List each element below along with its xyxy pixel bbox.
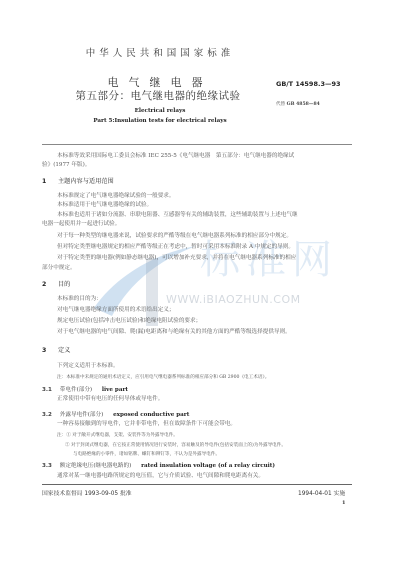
definition-number: 3.1 [42,387,58,393]
replaces-label: 代替 [276,102,285,107]
definition-text: 一种容易接触到的导电件，它并非带电件，但在故障条件下可能会带电。 [57,420,367,429]
replaces-number: GB 4858—84 [287,102,320,107]
definition-term-en: live part [102,387,128,393]
implementation-date: 1994-04-01 实施 [298,488,345,497]
paragraph: 规定电压试验(包括冲击电压试验)和绝缘电阻试验的要求； [57,317,367,326]
document-title-en: Electrical relays [0,108,320,114]
section-number: 3 [42,347,56,354]
section-3-heading: 3 定义 [42,345,70,354]
paragraph: 对于电气继电器的电气间隙、爬(漏)电距离和与绝缘有关的其他方面的严酷等级选择提供… [57,328,367,337]
definition-term-cn: 带电件(部分) [60,387,92,393]
section-number: 1 [42,178,56,185]
definition-3-3-heading: 3.3 额定绝缘电压(继电器电路的) rated insulation volt… [42,461,275,469]
intro-line-2: 验》(1977 年版)。 [42,161,352,170]
paragraph: 本标准规定了电气继电器绝缘试验的一般要求。 [57,192,367,201]
national-standard-heading: 中华人民共和国国家标准 [0,45,320,59]
header-divider [42,144,352,145]
definition-term-cn: 外露导电件(部分) [60,412,104,418]
definition-note: 与电路绝缘的小零件，诸如铭牌、螺钉和铆钉等，不认为是外露导电件。 [73,451,220,457]
standard-number: GB/T 14598.3—93 [276,80,341,88]
definition-term-cn: 额定绝缘电压(继电器电路的) [60,463,132,469]
replaces-standard: 代替 GB 4858—84 [276,101,320,107]
definition-note: 注：① 对于敞开式继电器，支架、安装件等为外露导电件。 [57,432,178,438]
paragraph: 对电气继电器绝缘方面所使用的术语给出定义； [57,306,367,315]
section-title: 目的 [58,281,70,288]
paragraph: 对于每一种类型的继电器来说，试验要求的严酷等级在电气继电器系列标准的相应部分中规… [57,232,367,241]
definition-term-en: rated insulation voltage (of a relay cir… [141,463,275,469]
paragraph: 电器一起使用并一起进行试验。 [42,220,352,229]
document-subtitle-cn: 第五部分：电气继电器的绝缘试验 [0,88,316,103]
definition-term-en: exposed conductive part [113,412,189,418]
definition-3-1-heading: 3.1 带电件(部分) live part [42,385,128,393]
paragraph: 本标准适用于电气继电器绝缘的试验。 [57,201,367,210]
paragraph: 本标准的目的为： [57,295,367,304]
approval-date: 国家技术监督局 1993-09-05 批准 [42,488,132,497]
section-2-heading: 2 目的 [42,279,70,288]
definition-number: 3.3 [42,463,58,469]
section-1-heading: 1 主题内容与适用范围 [42,176,114,185]
paragraph: 但对特定类型继电器规定的相应严酷等级正在考虑中，暂时可采用本标准附录 A 中规定… [57,243,367,252]
definition-text: 正常使用中带有电压的任何导体或导电件。 [57,395,367,404]
definition-number: 3.2 [42,412,58,418]
page-number: 1 [342,500,345,506]
document-subtitle-en: Part 5:Insulation tests for electrical r… [0,118,320,124]
section-number: 2 [42,281,56,288]
section-title: 定义 [58,347,70,354]
paragraph: 下列定义适用于本标准。 [57,362,367,371]
paragraph: 对于特定类型的继电器(例如静态继电器)，可以增加补充要求，并将在电气继电器系列标… [57,254,367,263]
definition-text: 通常对某一继电器电路所规定的电压值，它与介质试验、电气间隙和爬电距离有关。 [57,472,367,481]
footer-divider [42,484,352,485]
section-3-note: 注：本标准中未规定的通用术语定义，应引用电气继电器系列标准的相应部分和 GB 2… [57,374,269,380]
definition-3-2-heading: 3.2 外露导电件(部分) exposed conductive part [42,410,189,418]
definition-note: ② 对于封闭式继电器，在它按正常使用情况进行安装时，容易触及的导电件(包括安装面… [65,442,286,448]
paragraph: 本标准也适用于诸如分流器、串联电阻器、互感器等有关的辅助装置，这些辅助装置与上述… [57,211,367,220]
paragraph: 部分中规定。 [42,264,352,273]
intro-line-1: 本标准等效采用国际电工委员会标准 IEC 255-5《电气继电器 第五部分：电气… [57,152,367,161]
section-title: 主题内容与适用范围 [58,178,114,185]
